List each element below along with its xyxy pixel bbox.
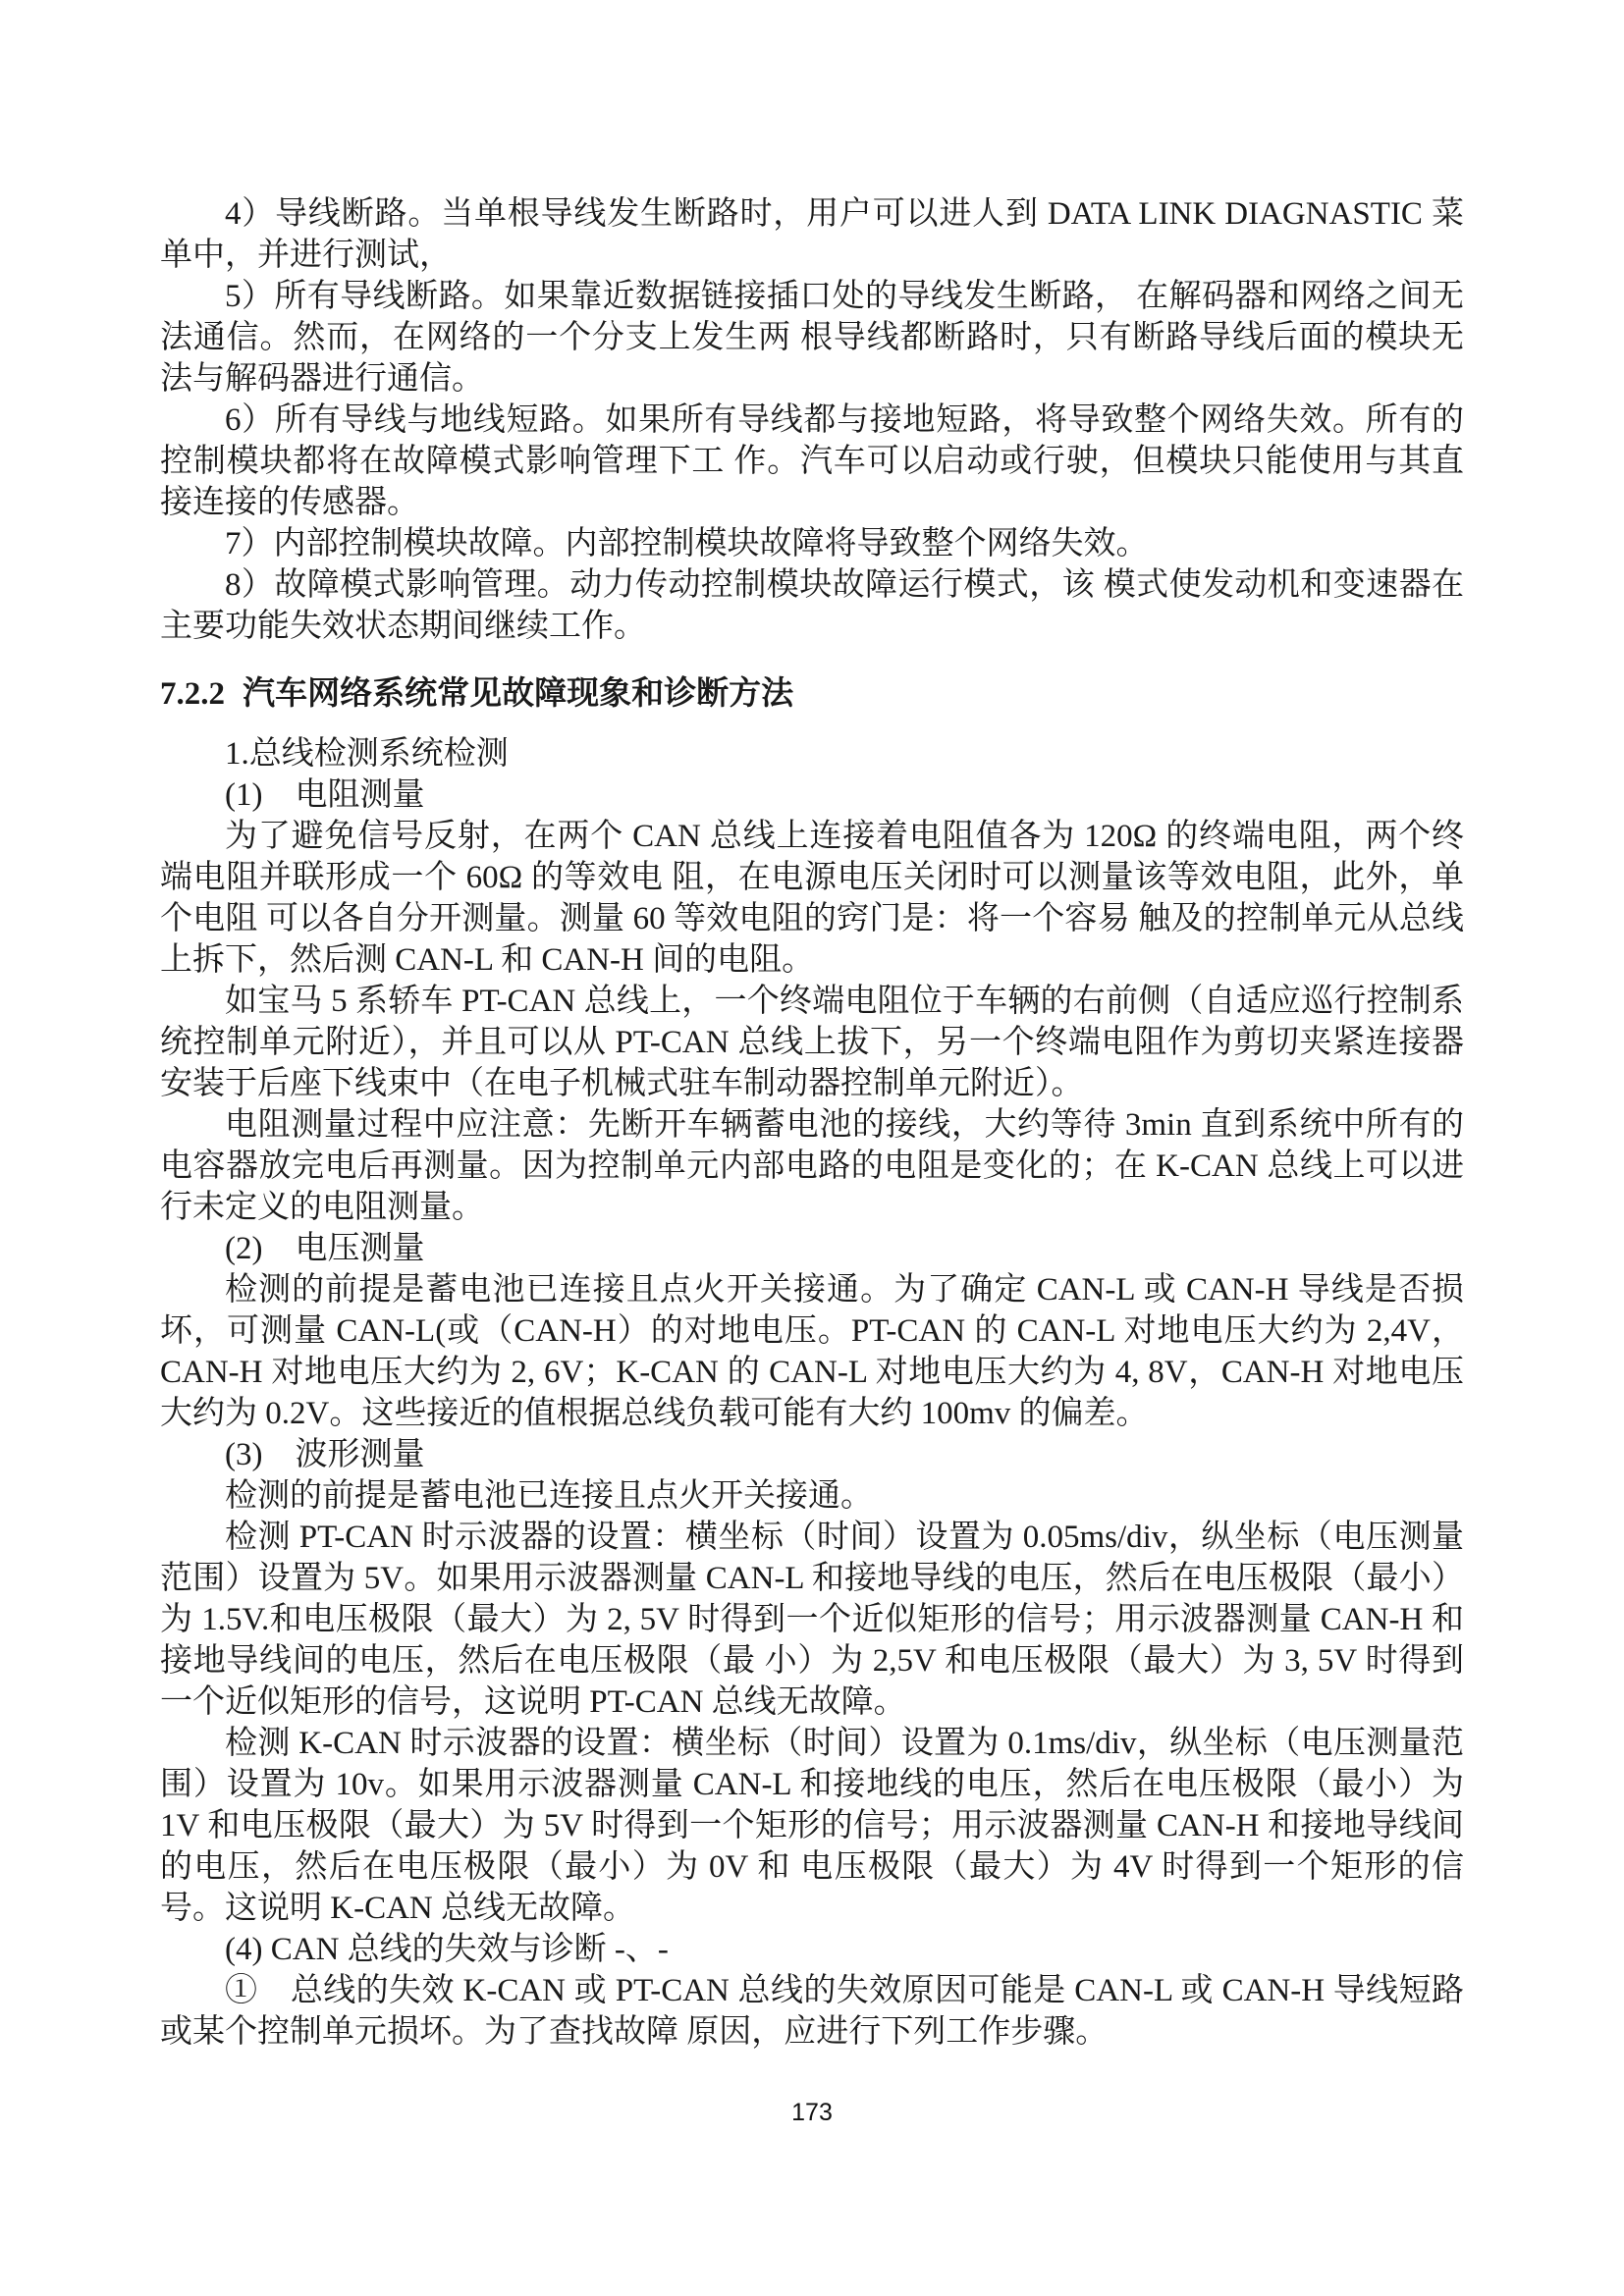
page-body-text: 4）导线断路。当单根导线发生断路时，用户可以进人到 DATA LINK DIAG…	[160, 193, 1464, 2053]
para-waveform-premise: 检测的前提是蓄电池已连接且点火开关接通。	[160, 1475, 1464, 1517]
para-item-6-wires-short-to-ground: 6）所有导线与地线短路。如果所有导线都与接地短路，将导致整个网络失效。所有的控制…	[160, 400, 1464, 523]
para-label-can-failure-diagnosis: (4) CAN 总线的失效与诊断 -、-	[160, 1929, 1464, 1970]
para-resistance-note: 电阻测量过程中应注意：先断开车辆蓄电池的接线，大约等待 3min 直到系统中所有…	[160, 1104, 1464, 1228]
para-item-4-wire-break: 4）导线断路。当单根导线发生断路时，用户可以进人到 DATA LINK DIAG…	[160, 193, 1464, 276]
para-resistance-intro: 为了避免信号反射，在两个 CAN 总线上连接着电阻值各为 120Ω 的终端电阻，…	[160, 816, 1464, 981]
section-heading-title: 汽车网络系统常见故障现象和诊断方法	[243, 676, 793, 712]
para-failure-step-1: ① 总线的失效 K-CAN 或 PT-CAN 总线的失效原因可能是 CAN-L …	[160, 1970, 1464, 2053]
para-label-voltage-measurement: (2) 电压测量	[160, 1228, 1464, 1269]
para-resistance-bmw-example: 如宝马 5 系轿车 PT-CAN 总线上，一个终端电阻位于车辆的右前侧（自适应巡…	[160, 981, 1464, 1104]
section-heading-7-2-2: 7.2.2汽车网络系统常见故障现象和诊断方法	[160, 672, 1464, 716]
para-waveform-k-can: 检测 K-CAN 时示波器的设置：横坐标（时间）设置为 0.1ms/div，纵坐…	[160, 1723, 1464, 1929]
para-item-8-failure-mode-management: 8）故障模式影响管理。动力传动控制模块故障运行模式，该 模式使发动机和变速器在主…	[160, 564, 1464, 647]
para-label-waveform-measurement: (3) 波形测量	[160, 1434, 1464, 1475]
para-item-7-internal-module-fault: 7）内部控制模块故障。内部控制模块故障将导致整个网络失效。	[160, 523, 1464, 564]
document-page: 4）导线断路。当单根导线发生断路时，用户可以进人到 DATA LINK DIAG…	[0, 0, 1624, 2296]
para-item-5-all-wires-break: 5）所有导线断路。如果靠近数据链接插口处的导线发生断路， 在解码器和网络之间无法…	[160, 276, 1464, 400]
section-heading-number: 7.2.2	[160, 676, 225, 712]
page-number: 173	[0, 2099, 1624, 2127]
para-voltage-body: 检测的前提是蓄电池已连接且点火开关接通。为了确定 CAN-L 或 CAN-H 导…	[160, 1269, 1464, 1434]
para-waveform-pt-can: 检测 PT-CAN 时示波器的设置：横坐标（时间）设置为 0.05ms/div，…	[160, 1517, 1464, 1723]
para-bus-check-title: 1.总线检测系统检测	[160, 733, 1464, 774]
para-label-resistance-measurement: (1) 电阻测量	[160, 774, 1464, 816]
